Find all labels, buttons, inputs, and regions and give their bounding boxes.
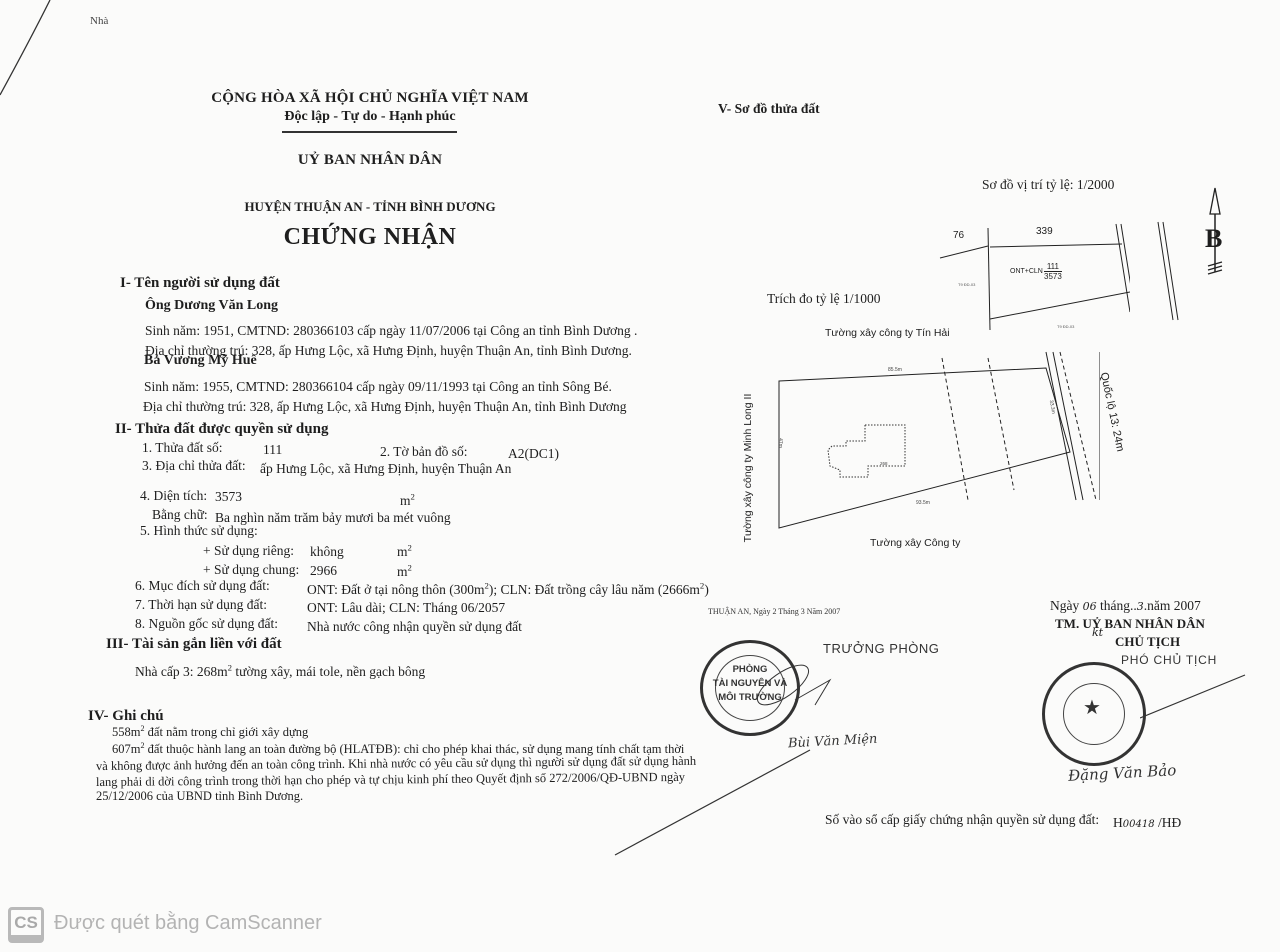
purpose-value: ONT: Đất ở tại nông thôn (300m2); CLN: Đ… xyxy=(307,582,709,598)
purpose-label: 6. Mục đích sử dụng đất: xyxy=(135,578,270,594)
fold-line xyxy=(0,0,60,100)
parcel-type-label: ONT+CLN xyxy=(1010,268,1043,275)
district-name: HUYỆN THUẬN AN - TỈNH BÌNH DƯƠNG xyxy=(200,199,540,215)
motto-underline xyxy=(282,131,457,133)
area-words-label: Bằng chữ: xyxy=(152,507,208,523)
vice-chair-title: PHÓ CHỦ TỊCH xyxy=(1121,653,1217,667)
section1-heading: I- Tên người sử dụng đất xyxy=(120,275,280,292)
neighbor-parcel-76: 76 xyxy=(953,230,964,241)
private-use-value: không xyxy=(310,544,344,560)
house-area: 268 xyxy=(880,461,888,466)
area-label: 4. Diện tích: xyxy=(140,488,207,504)
usage-form-label: 5. Hình thức sử dụng: xyxy=(140,523,258,539)
note-2-line-4: 25/12/2006 của UBND tỉnh Bình Dương. xyxy=(96,789,303,804)
term-value: ONT: Lâu dài; CLN: Tháng 06/2057 xyxy=(307,600,505,616)
address-value: ấp Hưng Lộc, xã Hưng Định, huyện Thuận A… xyxy=(260,461,511,477)
parcel-value: 111 xyxy=(263,442,282,458)
section5-heading: V- Sơ đồ thửa đất xyxy=(718,101,820,117)
neighbor-parcel-339: 339 xyxy=(1036,226,1053,237)
parcel-label: 1. Thửa đất số: xyxy=(142,440,223,456)
document-title: CHỨNG NHẬN xyxy=(200,224,540,251)
section4-heading: IV- Ghi chú xyxy=(88,708,164,725)
left-edge-length: 47m xyxy=(777,438,783,448)
owner2-name: Bà Vương Mỹ Huê xyxy=(144,353,257,369)
issuing-org: TM. UỶ BAN NHÂN DÂN xyxy=(1055,616,1205,632)
camscanner-logo-icon: CS xyxy=(8,907,44,943)
owner1-name: Ông Dương Văn Long xyxy=(145,298,278,314)
register-label: Số vào sổ cấp giấy chứng nhận quyền sử d… xyxy=(825,812,1099,828)
term-label: 7. Thời hạn sử dụng đất: xyxy=(135,597,267,613)
camscanner-watermark: Được quét bằng CamScanner xyxy=(54,912,322,935)
area-unit: m2 xyxy=(400,493,415,509)
owner2-birth-id: Sinh năm: 1955, CMTND: 280366104 cấp ngà… xyxy=(144,379,612,395)
motto: Độc lập - Tự do - Hạnh phúc xyxy=(200,109,540,125)
parcel-plot xyxy=(770,350,1100,550)
north-label: B xyxy=(1205,224,1222,254)
shared-use-label: + Sử dụng chung: xyxy=(203,562,299,578)
location-scale: Sơ đồ vị trí tỷ lệ: 1/2000 xyxy=(982,177,1114,193)
on-behalf-mark: kt xyxy=(1092,626,1103,639)
north-wall-label: Tường xây công ty Tín Hải xyxy=(825,327,950,339)
parcel-number: 111 xyxy=(1044,262,1062,272)
signer-position: CHỦ TỊCH xyxy=(1115,634,1180,650)
extract-scale: Trích đo tỷ lệ 1/1000 xyxy=(767,291,881,307)
parcel-fraction: 111 3573 xyxy=(1044,262,1062,281)
star-emblem-icon: ★ xyxy=(1083,695,1101,720)
note-1: 558m2 đất nằm trong chỉ giới xây dựng xyxy=(112,725,308,740)
signature-stroke xyxy=(600,660,900,860)
register-number: H00418 /HĐ xyxy=(1113,815,1181,831)
section2-heading: II- Thửa đất được quyền sử dụng xyxy=(115,421,328,438)
road-label: Quốc lộ 13: 24m xyxy=(1096,362,1129,462)
parcel-area: 3573 xyxy=(1044,272,1062,281)
private-use-label: + Sử dụng riêng: xyxy=(203,543,294,559)
map-label: 2. Tờ bản đồ số: xyxy=(380,444,468,460)
bottom-edge-length: 93.5m xyxy=(916,500,930,506)
private-use-unit: m2 xyxy=(397,544,412,560)
shared-use-unit: m2 xyxy=(397,564,412,580)
committee-name: UỶ BAN NHÂN DÂN xyxy=(200,152,540,169)
address-label: 3. Địa chỉ thửa đất: xyxy=(142,458,246,474)
republic-header: CỘNG HÒA XÃ HỘI CHỦ NGHĨA VIỆT NAM xyxy=(200,90,540,107)
chair-signature-stroke xyxy=(1140,670,1250,720)
issue-date: Ngày 06 tháng..3.năm 2007 xyxy=(1050,598,1201,614)
committee-stamp: ★ xyxy=(1042,662,1146,766)
corner-note: Nhà xyxy=(90,15,108,27)
shared-use-value: 2966 xyxy=(310,563,337,579)
area-value: 3573 xyxy=(215,489,242,505)
west-wall-label: Tường xây công ty Minh Long II xyxy=(742,388,754,548)
origin-value: Nhà nước công nhận quyền sử dụng đất xyxy=(307,619,522,635)
small-label-1: T9 ĐD-03 xyxy=(958,282,975,287)
section3-heading: III- Tài sản gắn liền với đất xyxy=(106,636,282,653)
map-value: A2(DC1) xyxy=(508,446,559,462)
owner2-address: Địa chỉ thường trú: 328, ấp Hưng Lộc, xã… xyxy=(143,399,627,415)
top-edge-length: 85.5m xyxy=(888,367,902,373)
owner1-birth-id: Sinh năm: 1951, CMTND: 280366103 cấp ngà… xyxy=(145,323,637,339)
origin-label: 8. Nguồn gốc sử dụng đất: xyxy=(135,616,278,632)
dept-date: THUẬN AN, Ngày 2 Tháng 3 Năm 2007 xyxy=(708,607,840,616)
dept-title: TRƯỞNG PHÒNG xyxy=(823,641,939,656)
location-map-road xyxy=(1155,220,1185,330)
small-label-2: T9 ĐD-03 xyxy=(1057,324,1074,329)
asset-description: Nhà cấp 3: 268m2 tường xây, mái tole, nề… xyxy=(135,664,425,680)
